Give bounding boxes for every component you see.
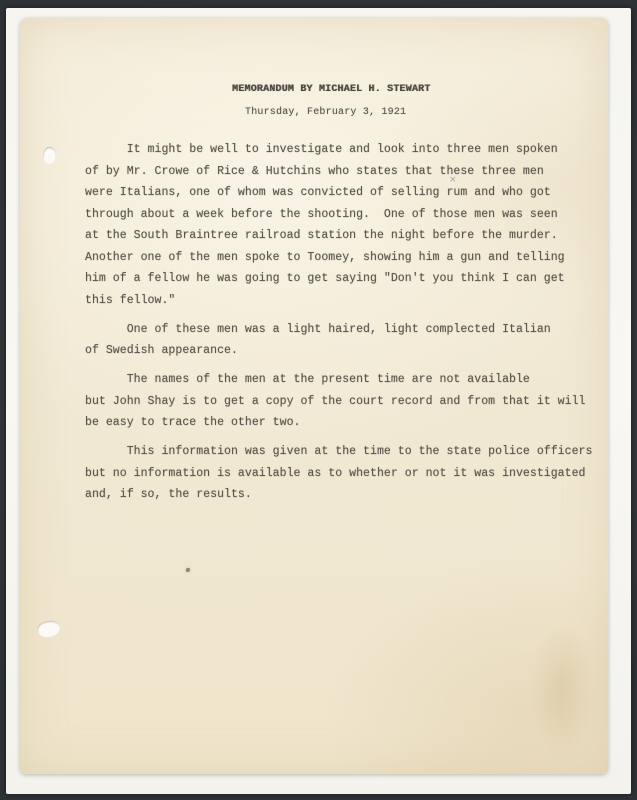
typewritten-line: this fellow." (85, 290, 595, 312)
typewritten-line: but John Shay is to get a copy of the co… (85, 391, 595, 413)
typewritten-line: at the South Braintree railroad station … (85, 225, 595, 247)
typewritten-line: through about a week before the shooting… (85, 204, 595, 226)
typewritten-line: It might be well to investigate and look… (85, 139, 595, 161)
ink-speck (186, 568, 190, 572)
typewritten-line: Another one of the men spoke to Toomey, … (85, 247, 595, 269)
typewritten-line: and, if so, the results. (85, 484, 595, 506)
pencil-annotation-mark: × (449, 176, 457, 185)
paragraph: One of these men was a light haired, lig… (85, 319, 595, 362)
typewritten-line: but no information is available as to wh… (85, 463, 595, 485)
document-body: It might be well to investigate and look… (85, 139, 595, 513)
memorandum-page: MEMORANDUM BY MICHAEL H. STEWART Thursda… (20, 18, 608, 774)
typewritten-line: One of these men was a light haired, lig… (85, 319, 595, 341)
document-title: MEMORANDUM BY MICHAEL H. STEWART (232, 83, 430, 97)
typewritten-line: The names of the men at the present time… (85, 369, 595, 391)
scan-background: MEMORANDUM BY MICHAEL H. STEWART Thursda… (0, 0, 637, 800)
paragraph: It might be well to investigate and look… (85, 139, 595, 311)
typewritten-line: him of a fellow he was going to get sayi… (85, 268, 595, 290)
punch-hole-top (41, 146, 57, 165)
typewritten-line: of Swedish appearance. (85, 340, 595, 362)
paragraph: This information was given at the time t… (85, 441, 595, 506)
typewritten-line: be easy to trace the other two. (85, 412, 595, 434)
paragraph: The names of the men at the present time… (85, 369, 595, 434)
document-date: Thursday, February 3, 1921 (245, 106, 406, 120)
punch-hole-bottom (36, 620, 61, 638)
typewritten-line: of by Mr. Crowe of Rice & Hutchins who s… (85, 161, 595, 183)
typewritten-line: This information was given at the time t… (85, 441, 595, 463)
typewritten-line: were Italians, one of whom was convicted… (85, 182, 595, 204)
